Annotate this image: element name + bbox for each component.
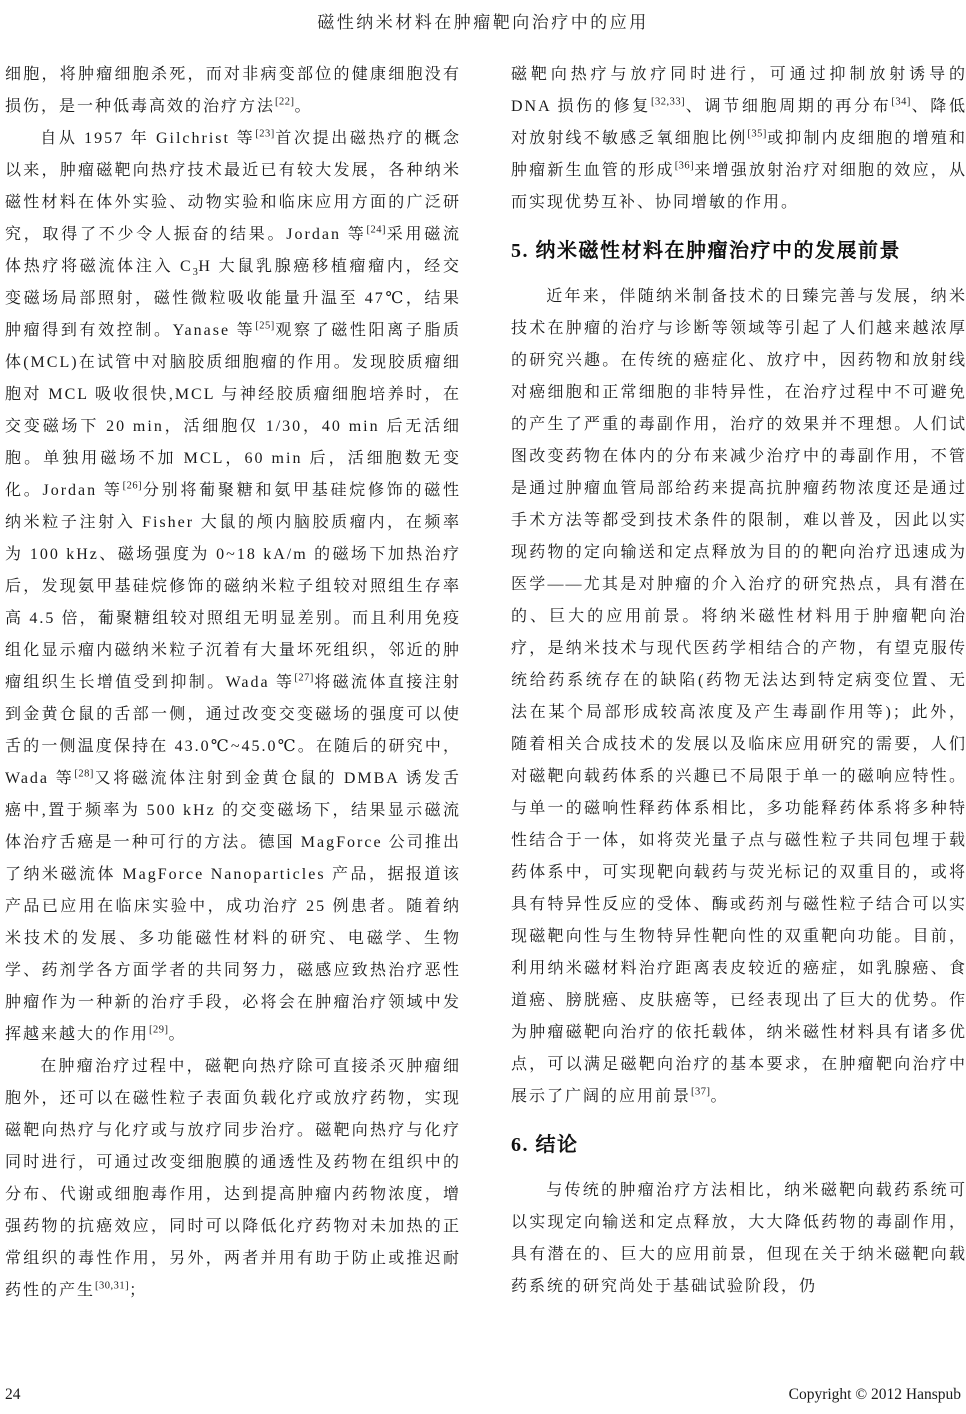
- column-left: 细胞，将肿瘤细胞杀死，而对非病变部位的健康细胞没有损伤，是一种低毒高效的治疗方法…: [5, 59, 461, 1307]
- text-run: 观察了磁性阳离子脂质体(MCL)在试管中对脑胶质细胞瘤的作用。发现胶质瘤细胞对 …: [5, 322, 461, 499]
- text-run: ；: [129, 1282, 147, 1299]
- column-right: 磁靶向热疗与放疗同时进行，可通过抑制放射诱导的 DNA 损伤的修复[32,33]…: [511, 59, 966, 1307]
- text-run: 又将磁流体注射到金黄仓鼠的 DMBA 诱发舌癌中,置于频率为 500 kHz 的…: [5, 770, 461, 1043]
- paragraph: 磁靶向热疗与放疗同时进行，可通过抑制放射诱导的 DNA 损伤的修复[32,33]…: [511, 59, 966, 219]
- text-run: 。: [169, 1026, 187, 1043]
- paragraph: 与传统的肿瘤治疗方法相比，纳米磁靶向载药系统可以实现定向输送和定点释放，大大降低…: [511, 1175, 966, 1303]
- content-columns: 细胞，将肿瘤细胞杀死，而对非病变部位的健康细胞没有损伤，是一种低毒高效的治疗方法…: [0, 59, 966, 1307]
- citation-ref: [37]: [691, 1087, 711, 1098]
- section-heading: 5. 纳米磁性材料在肿瘤治疗中的发展前景: [511, 236, 966, 266]
- paragraph: 在肿瘤治疗过程中，磁靶向热疗除可直接杀灭肿瘤细胞外，还可以在磁性粒子表面负载化疗…: [5, 1051, 461, 1307]
- text-run: 细胞，将肿瘤细胞杀死，而对非病变部位的健康细胞没有损伤，是一种低毒高效的治疗方法: [5, 66, 461, 115]
- text-run: 分别将葡聚糖和氨甲基硅烷修饰的磁性纳米粒子注射入 Fisher 大鼠的颅内脑胶质…: [5, 482, 461, 691]
- citation-ref: [23]: [255, 129, 275, 140]
- paragraph: 自从 1957 年 Gilchrist 等[23]首次提出磁热疗的概念以来，肿瘤…: [5, 123, 461, 1051]
- text-run: 与传统的肿瘤治疗方法相比，纳米磁靶向载药系统可以实现定向输送和定点释放，大大降低…: [511, 1182, 966, 1295]
- citation-ref: [26]: [123, 481, 143, 492]
- section-heading: 6. 结论: [511, 1130, 966, 1160]
- text-run: 。: [711, 1088, 729, 1105]
- citation-ref: [24]: [366, 225, 386, 236]
- citation-ref: [36]: [675, 161, 695, 172]
- paragraph: 细胞，将肿瘤细胞杀死，而对非病变部位的健康细胞没有损伤，是一种低毒高效的治疗方法…: [5, 59, 461, 123]
- text-run: 。: [295, 98, 313, 115]
- citation-ref: [28]: [74, 769, 94, 780]
- citation-ref: [29]: [149, 1025, 169, 1036]
- text-run: 在肿瘤治疗过程中，磁靶向热疗除可直接杀灭肿瘤细胞外，还可以在磁性粒子表面负载化疗…: [5, 1058, 461, 1299]
- citation-ref: [25]: [255, 321, 275, 332]
- page-number: 24: [5, 1386, 21, 1404]
- copyright-notice: Copyright © 2012 Hanspub: [789, 1386, 961, 1404]
- citation-ref: [22]: [275, 97, 295, 108]
- citation-ref: [30,31]: [95, 1281, 129, 1292]
- text-run: 自从 1957 年 Gilchrist 等: [40, 130, 255, 147]
- citation-ref: [32,33]: [651, 97, 685, 108]
- citation-ref: [35]: [747, 129, 767, 140]
- page-header: 磁性纳米材料在肿瘤靶向治疗中的应用: [0, 0, 966, 33]
- text-run: 、调节细胞周期的再分布: [685, 98, 891, 115]
- page-footer: 24 Copyright © 2012 Hanspub: [5, 1386, 961, 1404]
- running-title: 磁性纳米材料在肿瘤靶向治疗中的应用: [317, 8, 649, 33]
- text-run: 近年来，伴随纳米制备技术的日臻完善与发展，纳米技术在肿瘤的治疗与诊断等领域等引起…: [511, 288, 966, 1105]
- citation-ref: [34]: [891, 97, 911, 108]
- paragraph: 近年来，伴随纳米制备技术的日臻完善与发展，纳米技术在肿瘤的治疗与诊断等领域等引起…: [511, 281, 966, 1113]
- citation-ref: [27]: [294, 673, 314, 684]
- paper-page: 磁性纳米材料在肿瘤靶向治疗中的应用 细胞，将肿瘤细胞杀死，而对非病变部位的健康细…: [0, 0, 966, 1414]
